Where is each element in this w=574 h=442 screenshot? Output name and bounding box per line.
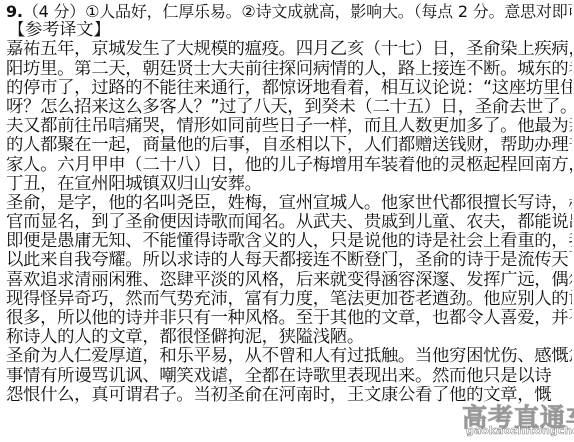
watermark-url: gaokaozhitongche.com (466, 424, 574, 437)
translation-line: 丁丑，在宣州阳城镇双归山安葬。 (6, 175, 572, 194)
translation-line: 夫又都前往吊唁痛哭，情形如同前些日子一样，而且人数更加多了。他最为亲近、交情最深 (6, 117, 572, 136)
translation-line: 以此来自我夸耀。所以求诗的人每天都接连不断登门，圣俞的诗于是流传天下。他的诗起初 (6, 251, 572, 270)
translation-line: 圣俞，是字，他的名叫尧臣，姓梅，宣州宣城人。他家世代都很擅长写诗，叔父梅询则因做 (6, 194, 572, 213)
translation-line: 怨恨什么，真可谓君子。当初圣俞在河南时，王文康公看了他的文章，慨 (6, 386, 572, 405)
translation-line: 嘉祐五年，京城发生了大规模的瘟疫。四月乙亥（十七）日，圣俞染上疾病，躺在城东汴 (6, 40, 572, 59)
translation-line: 的停市了，过路的不能往来通行，都惊讶地看着，相互议论说：“这座坊里住的大人物是谁 (6, 79, 572, 98)
document-page: 9.（4 分）①人品好，仁厚乐易。②诗文成就高，影响大。（每点 2 分。意思对即… (6, 2, 572, 405)
translation-line: 官而显名，到了圣俞便因诗歌而闻名。从武夫、贵戚到儿童、农夫，都能说出他的名和字， (6, 213, 572, 232)
translation-line: 圣俞为人仁爱厚道，和乐平易，从不曾和人有过抵触。当他穷困忧伤、感慨忿懑时，凡是对 (6, 347, 572, 366)
translation-line: 的人都聚在一起，商量他的后事，自丞相以下，人们都赠送钱财，帮助办理丧事，周济他的 (6, 136, 572, 155)
question-answer-line: 9.（4 分）①人品好，仁厚乐易。②诗文成就高，影响大。（每点 2 分。意思对即… (6, 2, 572, 21)
question-answer: （4 分）①人品好，仁厚乐易。②诗文成就高，影响大。（每点 2 分。意思对即可） (23, 2, 572, 21)
question-number: 9. (6, 2, 23, 21)
section-heading: 【参考译文】 (6, 21, 572, 40)
translation-line: 称诗人的人的文章，都很怪僻拘泥，狭隘浅陋。 (6, 328, 572, 347)
translation-line: 呀？怎么招来这么多客人？”过了八天，到癸未（二十五）日，圣俞去世了。这时候贤士大 (6, 98, 572, 117)
translation-line: 阳坊里。第二天，朝廷贤士大夫前往探问病情的人，路上接连不断。城东的老百姓，做买卖 (6, 60, 572, 79)
translation-line: 事情有所谩骂讥讽、嘲笑戏谑，全都在诗歌里表现出来。然而他只是以诗 (6, 367, 572, 386)
translation-line: 喜欢追求清丽闲雅、恣肆平淡的风格，后来就变得涵容深邃、发挥广远，偶尔也雕琢词句表 (6, 271, 572, 290)
translation-line: 很多，所以他的诗并非只有一种风格。至于其他的文章，也都令人喜爱，并不像唐代那些号 (6, 309, 572, 328)
translation-line: 现得怪异奇巧，然而气势充沛，富有力度，笔法更加苍老遒劲。他应别人的请求而作的诗歌 (6, 290, 572, 309)
translation-line: 家人。六月甲申（二十八）日，他的儿子梅增用车装着他的灵柩起程回南方，于第二年正月 (6, 156, 572, 175)
translation-line: 即便是愚庸无知、不能懂得诗歌含义的人，只是说他的诗是社会上看重的，我能得到他的诗… (6, 232, 572, 251)
